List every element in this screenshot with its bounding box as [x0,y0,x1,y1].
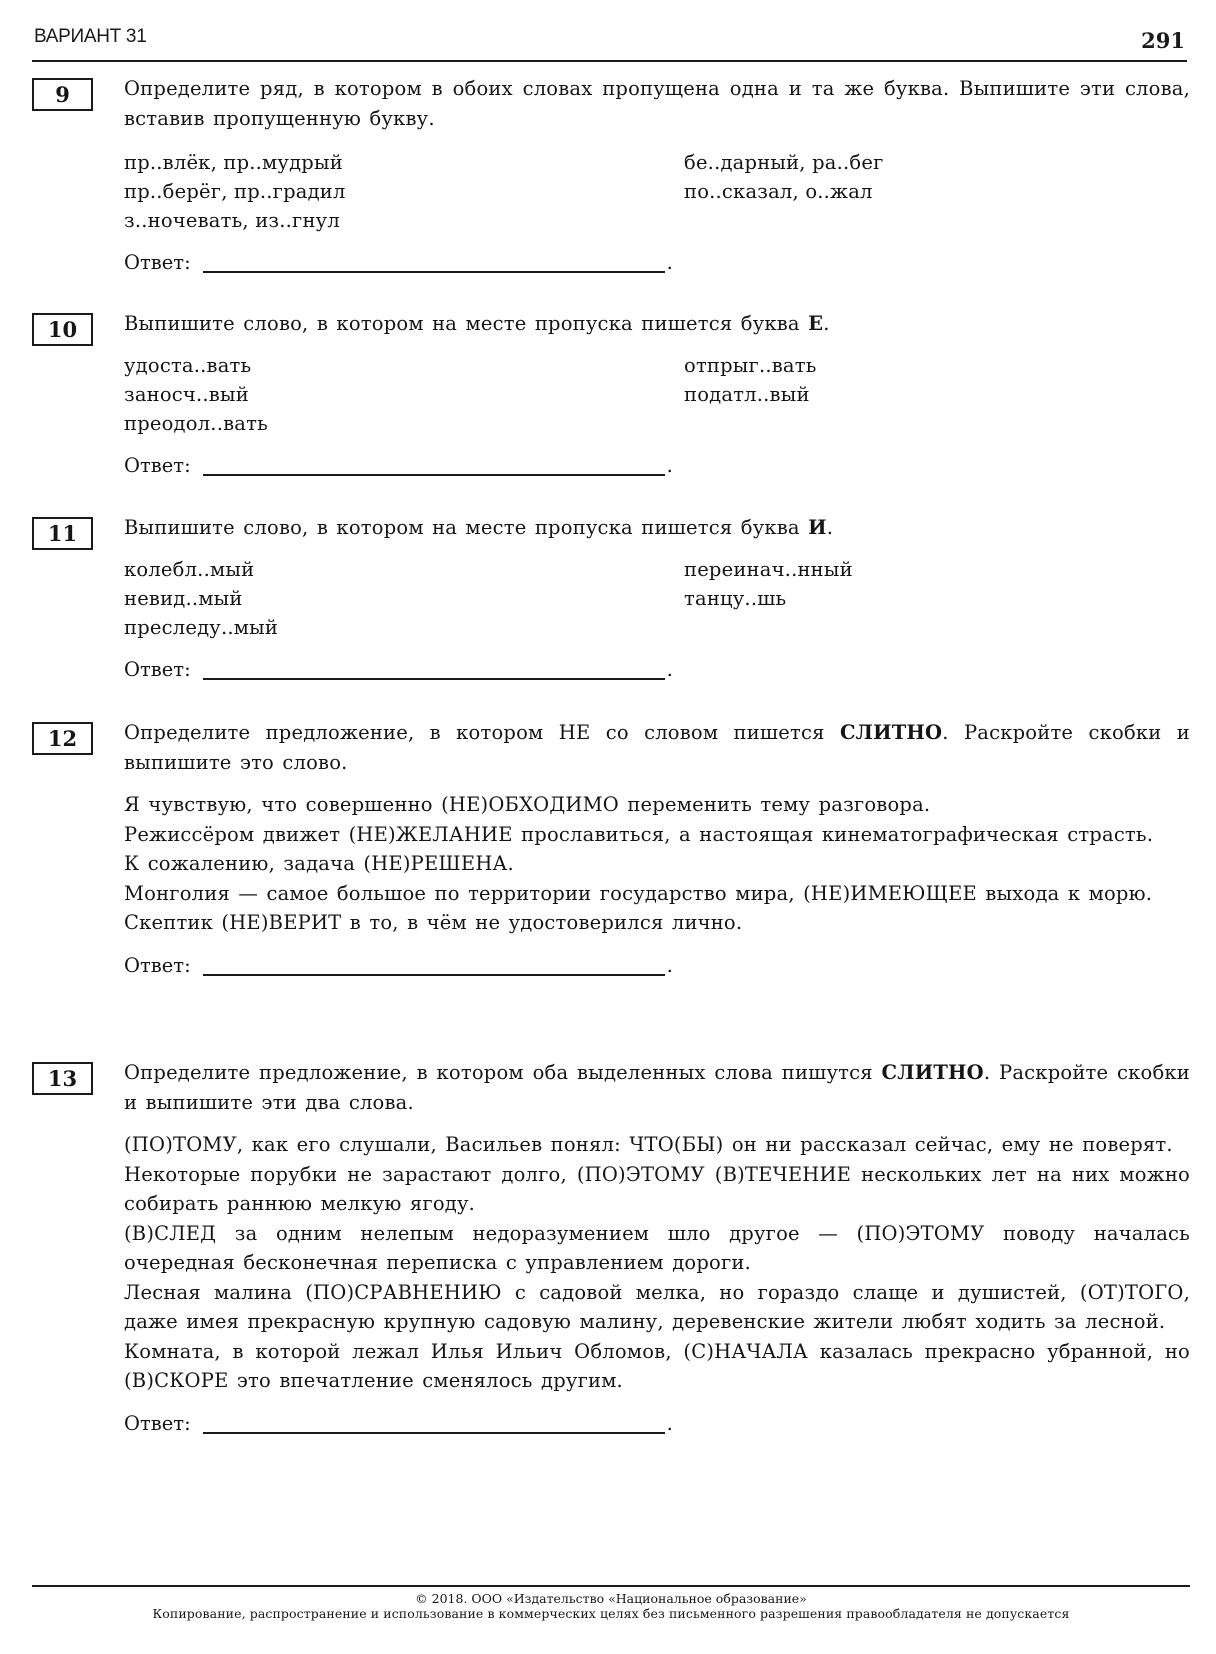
page-footer: © 2018. ООО «Издательство «Национальное … [32,1585,1190,1621]
answer-field[interactable] [203,454,665,476]
answer-row: Ответ: . [124,952,1190,980]
task-number-box: 10 [32,313,93,346]
sentence: К сожалению, задача (НЕ)РЕШЕНА. [124,849,1190,879]
page-number: 291 [1141,28,1185,53]
task-prompt: Определите предложение, в котором оба вы… [124,1058,1190,1118]
answer-label: Ответ: [124,1410,191,1438]
answer-row: Ответ: . [124,1410,1190,1438]
copyright-notice: © 2018. ООО «Издательство «Национальное … [32,1591,1190,1606]
answer-field[interactable] [203,1412,665,1434]
task-prompt: Определите ряд, в котором в обоих словах… [124,74,1190,134]
task-number-box: 11 [32,517,93,550]
highlighted-letter: Е [808,312,823,335]
word-option: заносч..вый [124,380,684,409]
task-prompt: Выпишите слово, в котором на месте пропу… [124,309,1190,339]
word-option: переинач..нный [684,555,1190,584]
word-option: преследу..мый [124,613,684,642]
word-option: по..сказал, о..жал [684,177,1190,206]
word-options: колебл..мый переинач..нный невид..мый та… [124,555,1190,642]
highlighted-word: СЛИТНО [882,1061,984,1084]
word-option: преодол..вать [124,409,684,438]
word-option: невид..мый [124,584,684,613]
answer-row: Ответ: . [124,656,1190,684]
task-number-box: 9 [32,78,93,111]
task-number-box: 13 [32,1062,93,1095]
word-option: отпрыг..вать [684,351,1190,380]
answer-field[interactable] [203,251,665,273]
sentence: (ПО)ТОМУ, как его слушали, Васильев поня… [124,1130,1190,1160]
word-options: удоста..вать отпрыг..вать заносч..вый по… [124,351,1190,438]
answer-field[interactable] [203,954,665,976]
answer-label: Ответ: [124,656,191,684]
sentence: Скептик (НЕ)ВЕРИТ в то, в чём не удостов… [124,908,1190,938]
answer-field[interactable] [203,658,665,680]
word-option: удоста..вать [124,351,684,380]
sentence: Лесная малина (ПО)СРАВНЕНИЮ с садовой ме… [124,1278,1190,1337]
task-number-box: 12 [32,722,93,755]
sentence: Режиссёром движет (НЕ)ЖЕЛАНИЕ прославить… [124,820,1190,850]
sentence: Я чувствую, что совершенно (НЕ)ОБХОДИМО … [124,790,1190,820]
variant-title: ВАРИАНТ 31 [34,26,146,48]
sentence: Комната, в которой лежал Илья Ильич Обло… [124,1337,1190,1396]
answer-label: Ответ: [124,452,191,480]
sentence-list: Я чувствую, что совершенно (НЕ)ОБХОДИМО … [124,790,1190,938]
word-options: пр..влёк, пр..мудрый бе..дарный, ра..бег… [124,148,1190,235]
answer-row: Ответ: . [124,249,1190,277]
sentence: (В)СЛЕД за одним нелепым недоразумением … [124,1219,1190,1278]
highlighted-word: СЛИТНО [840,721,942,744]
word-option: танцу..шь [684,584,1190,613]
sentence-list: (ПО)ТОМУ, как его слушали, Васильев поня… [124,1130,1190,1396]
highlighted-letter: И [808,516,827,539]
task-prompt: Определите предложение, в котором НЕ со … [124,718,1190,778]
word-option: з..ночевать, из..гнул [124,206,684,235]
word-option: бе..дарный, ра..бег [684,148,1190,177]
answer-label: Ответ: [124,952,191,980]
sentence: Некоторые порубки не зарастают долго, (П… [124,1160,1190,1219]
task-prompt: Выпишите слово, в котором на месте пропу… [124,513,1190,543]
sentence: Монголия — самое большое по территории г… [124,879,1190,909]
word-option: колебл..мый [124,555,684,584]
answer-label: Ответ: [124,249,191,277]
rights-notice: Копирование, распространение и использов… [32,1606,1190,1621]
page-header: ВАРИАНТ 31 291 [32,24,1187,62]
answer-row: Ответ: . [124,452,1190,480]
word-option: пр..берёг, пр..градил [124,177,684,206]
word-option: податл..вый [684,380,1190,409]
word-option: пр..влёк, пр..мудрый [124,148,684,177]
